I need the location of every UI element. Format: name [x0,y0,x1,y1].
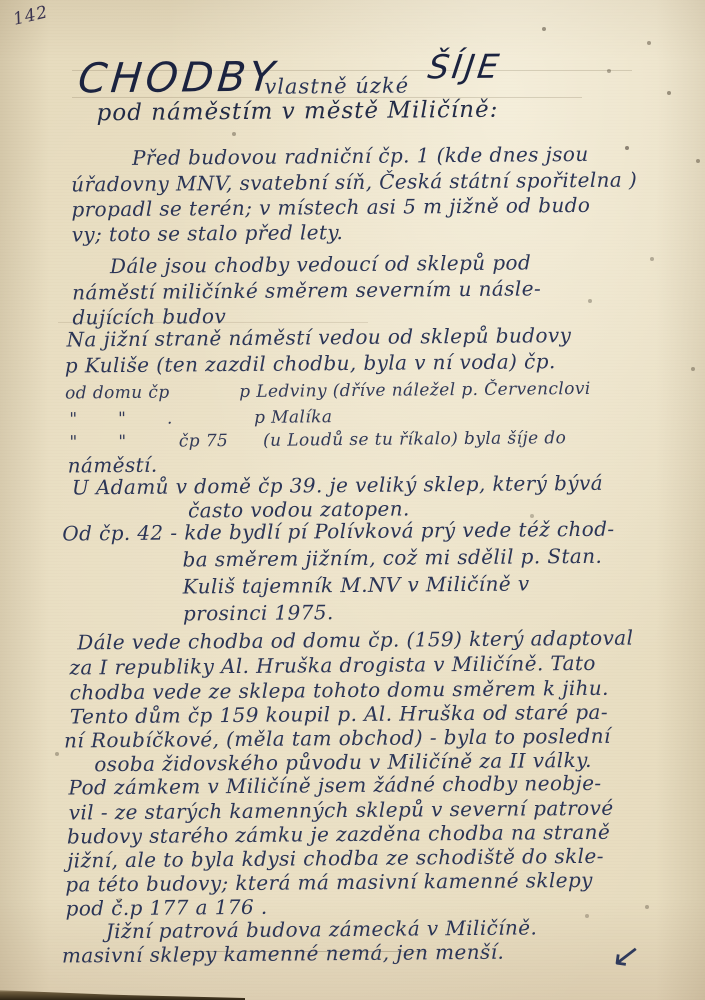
text-line: pa této budovy; která má masivní kamenné… [65,867,593,898]
text-line: Kuliš tajemník M.NV v Miličíně v [183,570,530,599]
text-line: Dále jsou chodby vedoucí od sklepů pod [110,249,531,279]
text-line: propadl se terén; v místech asi 5 m jižn… [71,192,590,223]
title-word-chodby: CHODBY [76,53,280,103]
text-line: Před budovou radniční čp. 1 (kde dnes js… [132,141,589,171]
text-line: ba směrem jižním, což mi sdělil p. Stan. [182,543,602,573]
text-line: náměstí miličínké směrem severním u násl… [72,275,541,305]
text-line: prosinci 1975. [183,599,334,626]
title-middle-text: vlastně úzké [264,73,409,98]
text-line: masivní sklepy kamenné nemá, jen menší. [62,939,504,969]
text-line: od domu čp p Ledviny (dříve náležel p. Č… [65,376,591,407]
checkmark-arrow: ↙ [609,934,642,977]
text-line: Od čp. 42 - kde bydlí pí Polívková prý v… [62,516,614,547]
title-word-sije: ŠÍJE [426,47,504,87]
subtitle: pod náměstím v městě Miličíně: [97,97,499,127]
text-line: p Kuliše (ten zazdil chodbu, byla v ní v… [65,348,556,378]
handwriting-layer: CHODBY vlastně úzké ŠÍJE pod náměstím v … [0,0,705,1000]
text-line: vy; toto se stalo před lety. [72,219,344,247]
scanned-page: 142 CHODBY vlastně úzké ŠÍJE pod náměstí… [0,0,705,1000]
noise-specks [0,0,2,2]
